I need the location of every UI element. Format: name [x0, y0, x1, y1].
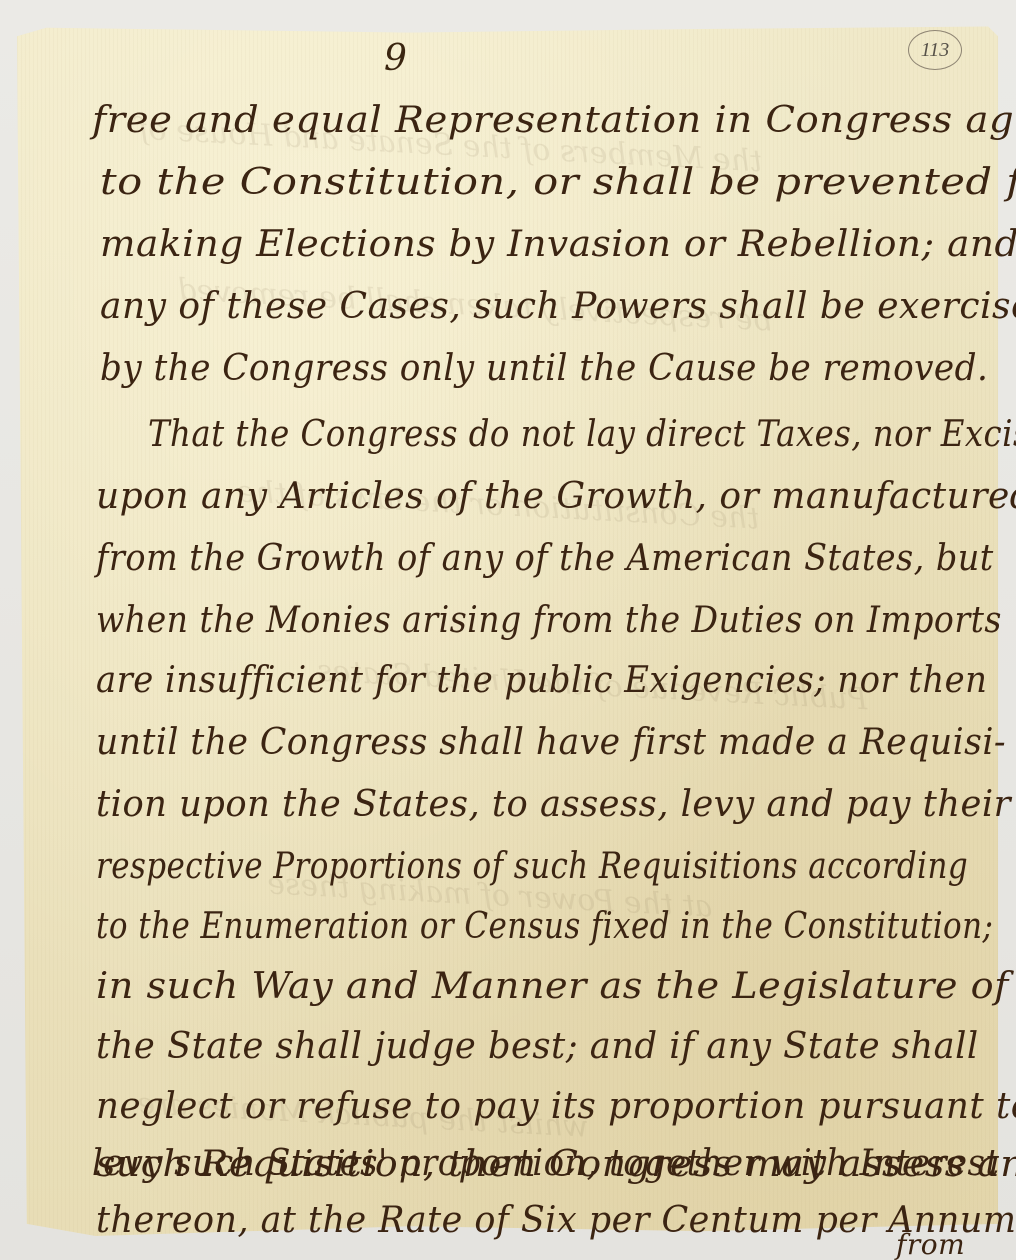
folio-circle: 113	[908, 30, 962, 70]
folio-number: 113	[921, 39, 950, 62]
text-line: levy such States' proportion, together w…	[92, 1143, 999, 1184]
text-line: until the Congress shall have first made…	[96, 722, 1006, 763]
text-line: thereon, at the Rate of Six per Centum p…	[96, 1200, 1016, 1241]
text-line: from the Growth of any of the American S…	[96, 538, 994, 579]
text-line: to the Constitution, or shall be prevent…	[100, 162, 1016, 203]
text-line: in such Way and Manner as the Legislatur…	[96, 966, 1009, 1007]
text-line: by the Congress only until the Cause be …	[100, 348, 988, 389]
text-line: free and equal Representation in Congres…	[92, 100, 1016, 141]
text-line: when the Monies arising from the Duties …	[96, 600, 1002, 641]
text-line: making Elections by Invasion or Rebellio…	[100, 224, 1016, 265]
text-line: the State shall judge best; and if any S…	[96, 1026, 979, 1067]
text-line: respective Proportions of such Requisiti…	[96, 846, 968, 887]
catchword: from	[896, 1228, 965, 1260]
text-line: neglect or refuse to pay its proportion …	[96, 1086, 1016, 1127]
text-line: That the Congress do not lay direct Taxe…	[148, 414, 1016, 455]
text-line: upon any Articles of the Growth, or manu…	[96, 476, 1016, 517]
page-number: 9	[384, 38, 407, 79]
text-line: tion upon the States, to assess, levy an…	[96, 784, 1011, 825]
text-line: are insufficient for the public Exigenci…	[96, 660, 987, 701]
text-line: to the Enumeration or Census fixed in th…	[96, 906, 993, 947]
text-line: any of these Cases, such Powers shall be…	[100, 286, 1016, 327]
